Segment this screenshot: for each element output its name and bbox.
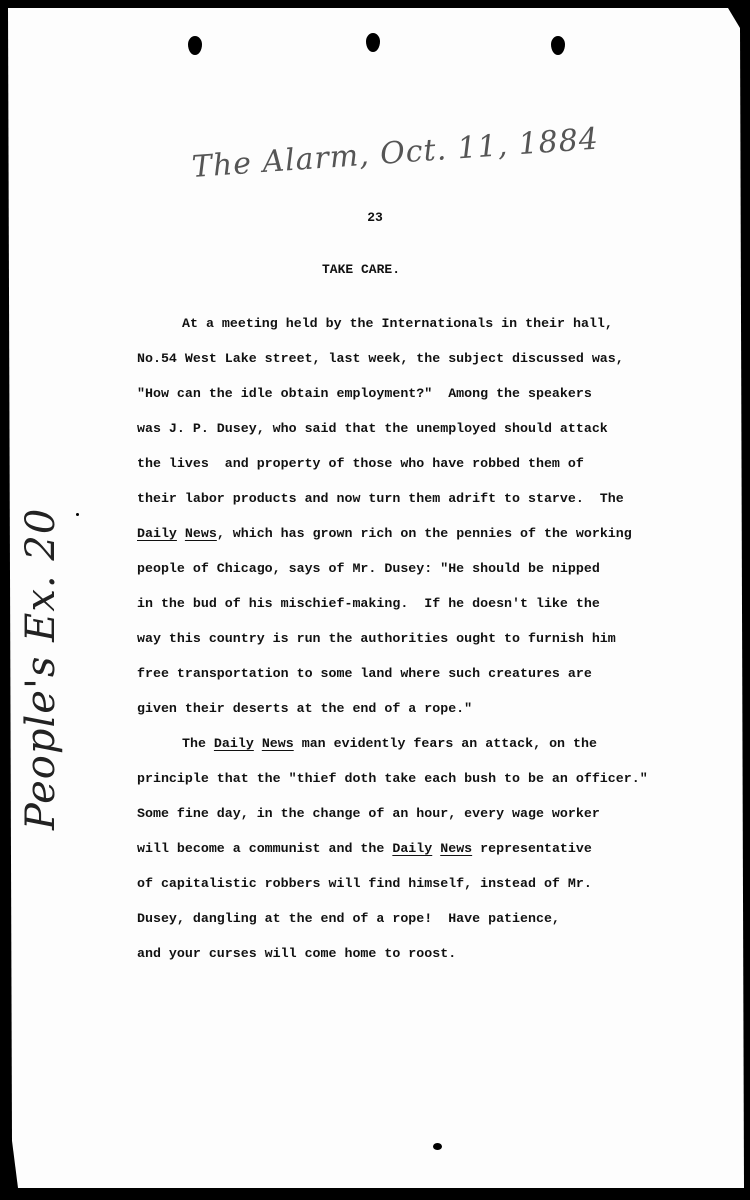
underlined-word: Daily bbox=[137, 526, 177, 541]
text-line: of capitalistic robbers will find himsel… bbox=[137, 872, 727, 907]
article-title: TAKE CARE. bbox=[322, 262, 400, 277]
underlined-word: News bbox=[440, 841, 472, 856]
text-line: "How can the idle obtain employment?" Am… bbox=[137, 382, 727, 417]
text-line-underlined: The Daily News man evidently fears an at… bbox=[137, 732, 727, 767]
text-line-underlined: will become a communist and the Daily Ne… bbox=[137, 837, 727, 872]
paragraph-1: At a meeting held by the Internationals … bbox=[137, 312, 727, 732]
text-line: free transportation to some land where s… bbox=[137, 662, 727, 697]
text-line: in the bud of his mischief-making. If he… bbox=[137, 592, 727, 627]
text-line: their labor products and now turn them a… bbox=[137, 487, 727, 522]
text-line: No.54 West Lake street, last week, the s… bbox=[137, 347, 727, 382]
text-line: and your curses will come home to roost. bbox=[137, 942, 727, 977]
text-line: given their deserts at the end of a rope… bbox=[137, 697, 727, 732]
text-line: people of Chicago, says of Mr. Dusey: "H… bbox=[137, 557, 727, 592]
text-line: Some fine day, in the change of an hour,… bbox=[137, 802, 727, 837]
underlined-word: News bbox=[262, 736, 294, 751]
page-number: 23 bbox=[0, 210, 750, 225]
underlined-word: Daily bbox=[392, 841, 432, 856]
handwritten-exhibit-note: People's Ex. 20 bbox=[18, 508, 64, 830]
underlined-word: Daily bbox=[214, 736, 254, 751]
text-line-underlined: Daily News, which has grown rich on the … bbox=[137, 522, 727, 557]
text-line: the lives and property of those who have… bbox=[137, 452, 727, 487]
text-line: At a meeting held by the Internationals … bbox=[137, 312, 727, 347]
text-line: was J. P. Dusey, who said that the unemp… bbox=[137, 417, 727, 452]
ink-speck bbox=[433, 1143, 442, 1150]
ink-speck bbox=[76, 513, 79, 516]
paragraph-2: The Daily News man evidently fears an at… bbox=[137, 732, 727, 977]
underlined-word: News bbox=[185, 526, 217, 541]
text-line: way this country is run the authorities … bbox=[137, 627, 727, 662]
text-line: Dusey, dangling at the end of a rope! Ha… bbox=[137, 907, 727, 942]
text-line: principle that the "thief doth take each… bbox=[137, 767, 727, 802]
article-body: At a meeting held by the Internationals … bbox=[137, 312, 727, 977]
